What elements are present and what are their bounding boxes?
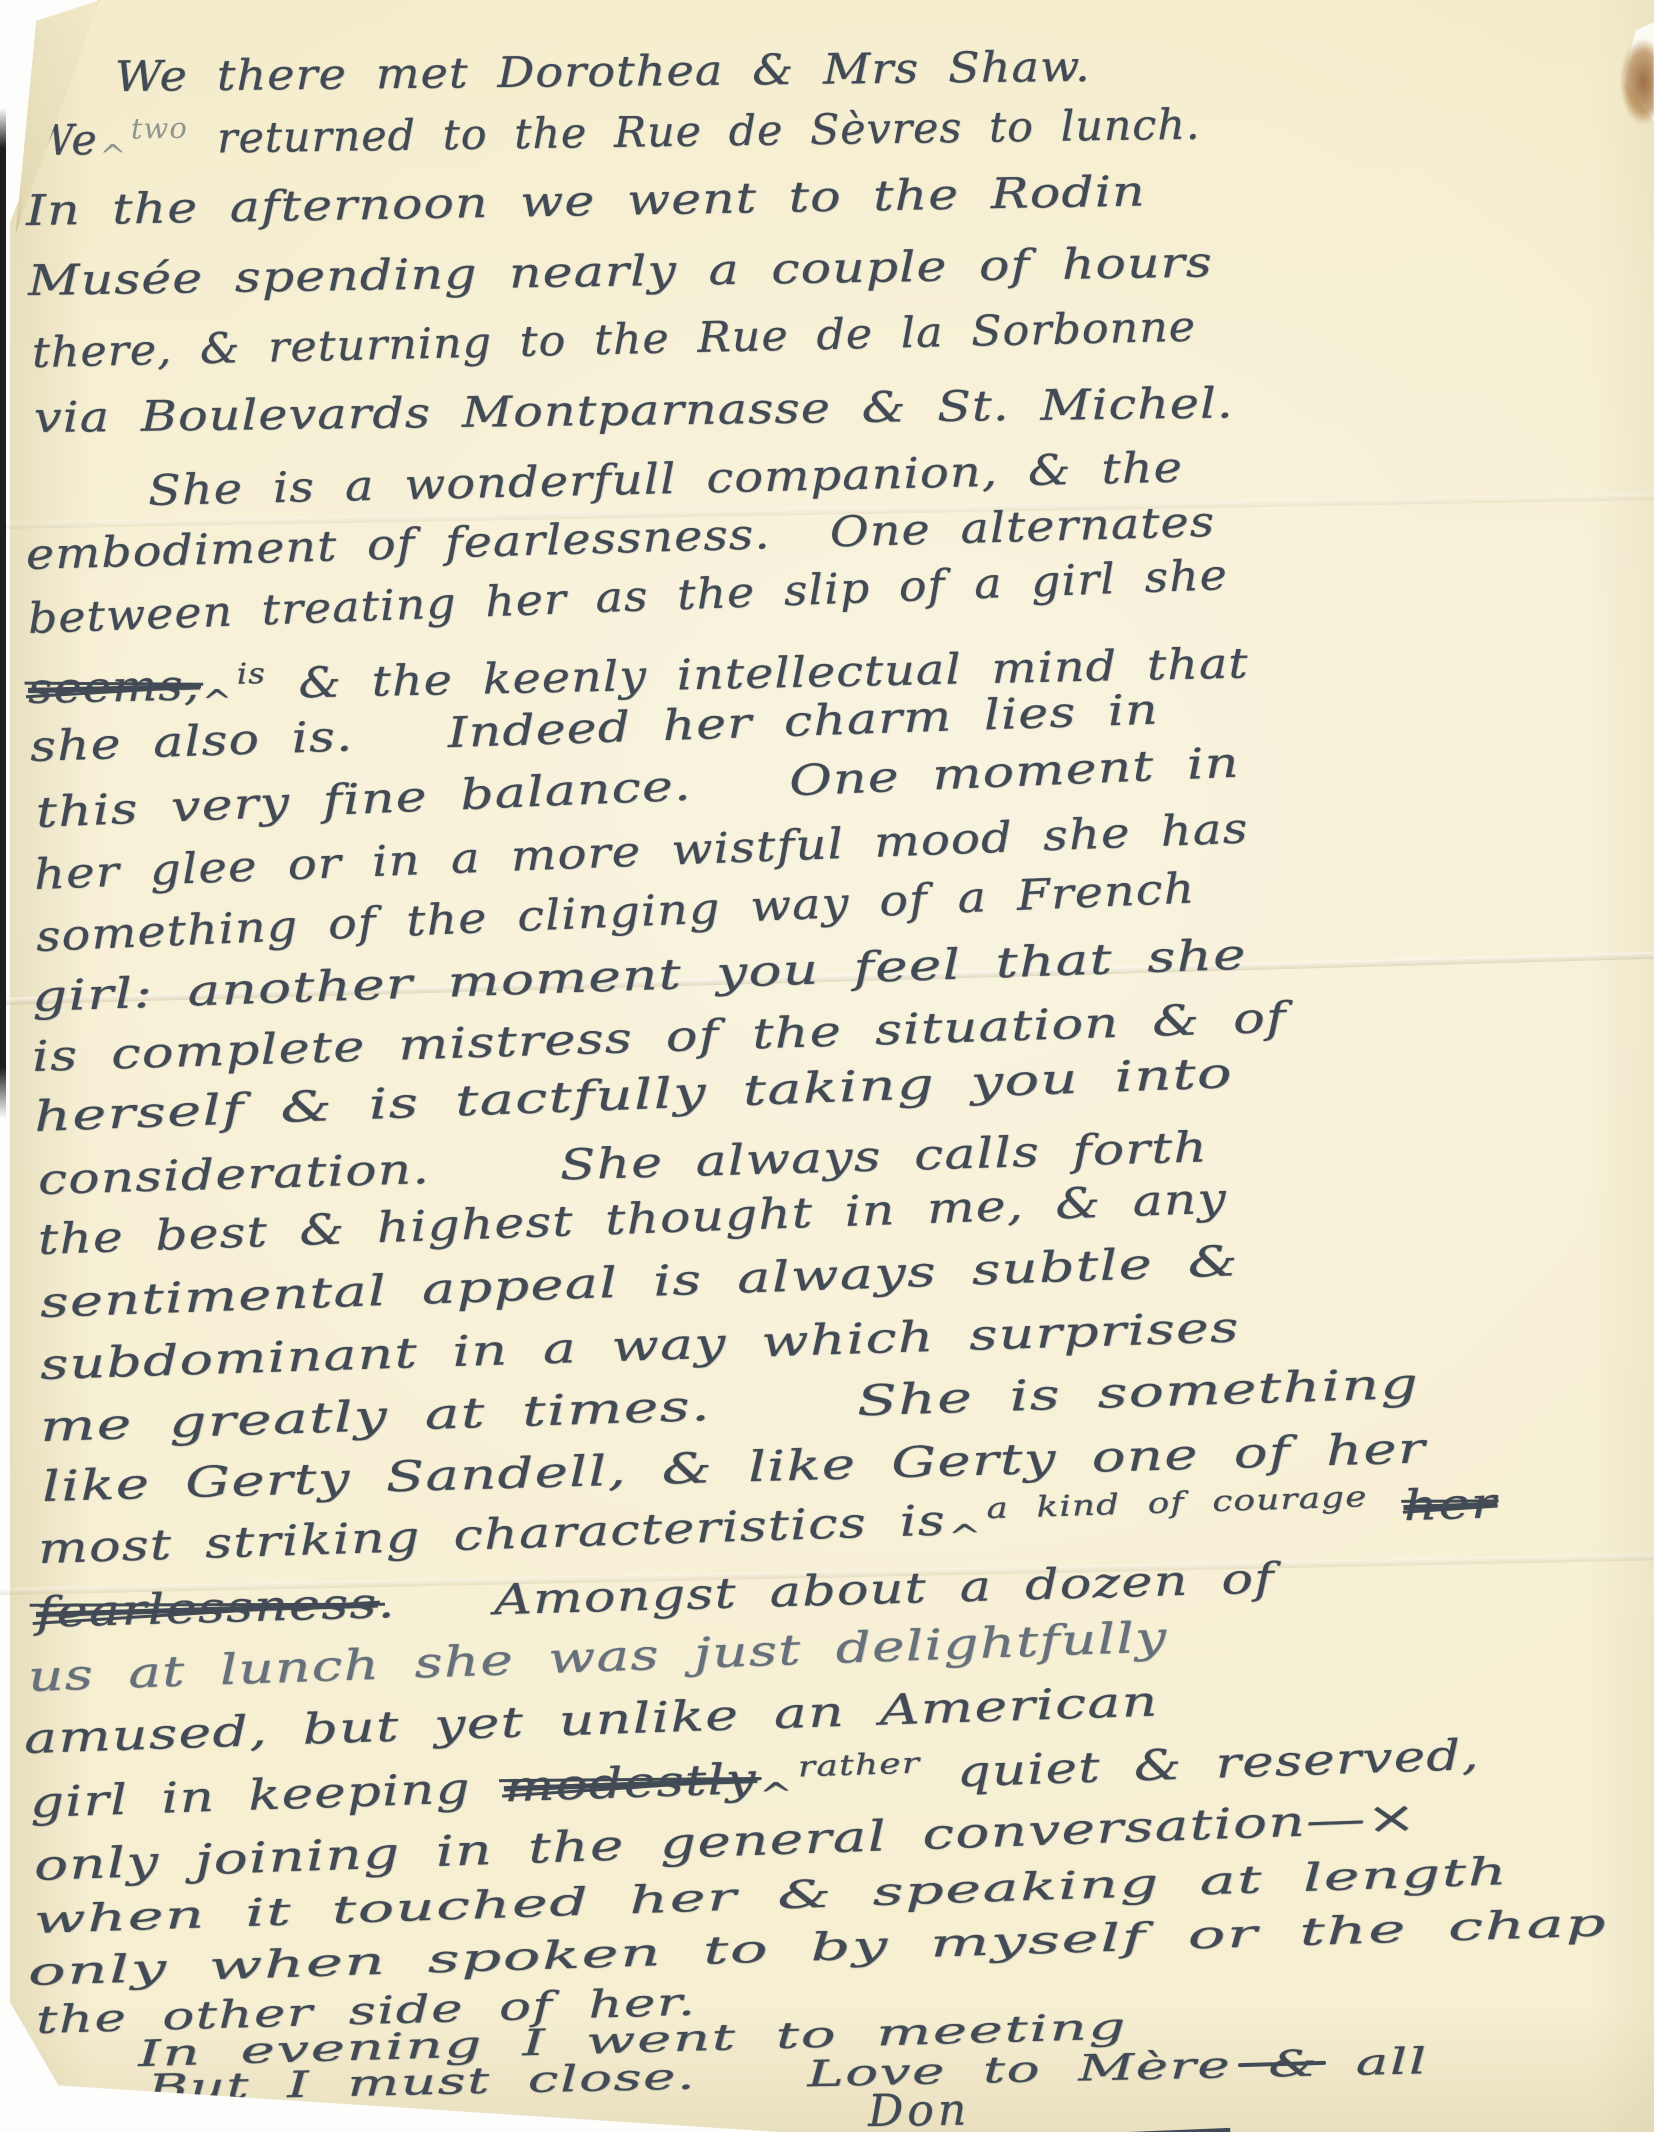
letter-line: We there met Dorothea & Mrs Shaw.: [115, 42, 1091, 101]
scribble-text: her: [1403, 1478, 1498, 1530]
insert-text: a kind of courage: [986, 1479, 1368, 1525]
letter-line: Musée spending nearly a couple of hours: [28, 237, 1214, 305]
caret-text: ^: [948, 1519, 983, 1556]
ink-text: Musée spending nearly a couple of hours: [28, 237, 1214, 305]
caret-text: ^: [759, 1777, 795, 1814]
scanner-edge-artifact: [0, 108, 6, 1118]
letter-line: via Boulevards Montparnasse & St. Michel…: [34, 378, 1234, 442]
handwritten-text-block: We there met Dorothea & Mrs Shaw.We^two …: [0, 0, 1654, 2132]
caret-text: ^: [99, 139, 127, 175]
letter-line: We^two returned to the Rue de Sèvres to …: [30, 100, 1201, 165]
ink-text: We there met Dorothea & Mrs Shaw.: [115, 42, 1091, 101]
scribble-text: modestly: [503, 1754, 757, 1811]
ink-text: In the afternoon we went to the Rodin: [26, 166, 1146, 235]
ink-text: girl in keeping: [29, 1762, 505, 1827]
scribble-text: fearlessness: [35, 1578, 378, 1637]
ink-text: there, & returning to the Rue de la Sorb…: [31, 302, 1196, 377]
signature: Don: [868, 2085, 971, 2132]
insert-text: two: [131, 111, 188, 146]
insert-text: rather: [797, 1746, 921, 1784]
ink-text: [1370, 1481, 1404, 1531]
ink-text: quiet & reserved,: [923, 1730, 1481, 1797]
scribble-text: seems,: [27, 660, 200, 713]
insert-text: is: [236, 656, 266, 691]
letter-line: there, & returning to the Rue de la Sorb…: [31, 302, 1196, 377]
letter-line: In the afternoon we went to the Rodin: [26, 166, 1146, 235]
scanned-letter-page: We there met Dorothea & Mrs Shaw.We^two …: [0, 0, 1654, 2132]
ink-text: via Boulevards Montparnasse & St. Michel…: [34, 378, 1234, 442]
ink-text: returned to the Rue de Sèvres to lunch.: [190, 100, 1201, 163]
ink-text: Don: [868, 2085, 971, 2132]
mark-text: —×: [1305, 1792, 1418, 1847]
paper-stain: [1606, 30, 1654, 145]
